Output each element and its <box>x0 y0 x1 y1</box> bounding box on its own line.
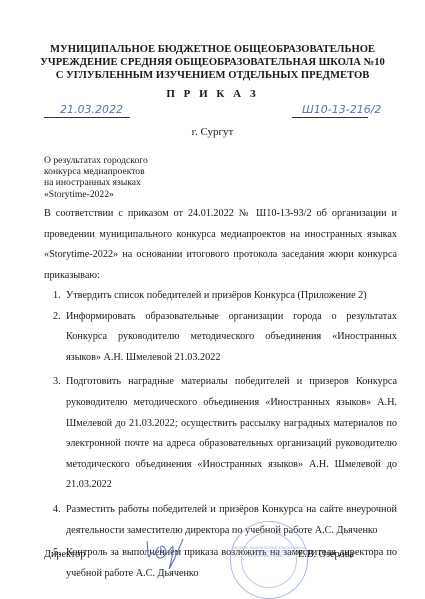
subject-line: О результатах городского <box>44 155 148 166</box>
subject-line: конкурса медиапроектов <box>44 166 148 177</box>
org-header-line-2: УЧРЕЖДЕНИЕ СРЕДНЯЯ ОБЩЕОБРАЗОВАТЕЛЬНАЯ Ш… <box>0 57 425 70</box>
document-title: П Р И К А З <box>0 88 425 100</box>
list-item: 4. Разместить работы победителей и призё… <box>44 500 397 541</box>
number-underline <box>292 117 368 118</box>
subject-line: на иностранных языках <box>44 177 148 188</box>
item-number: 2. <box>53 307 61 328</box>
item-text: Утвердить список победителей и призёров … <box>66 290 367 301</box>
handwritten-order-number: Ш10-13-216/2 <box>302 103 381 116</box>
city: г. Сургут <box>0 126 425 138</box>
order-subject: О результатах городского конкурса медиап… <box>44 155 148 200</box>
stamp-text: СРЕДНЯЯ ОБЩЕОБРАЗОВАТЕЛЬНАЯ ШКОЛА №10 С … <box>231 546 307 558</box>
subject-line: «Storytime-2022» <box>44 189 148 200</box>
item-number: 3. <box>53 372 61 393</box>
item-number: 1. <box>53 286 61 307</box>
item-text: Подготовить наградные материалы победите… <box>66 376 397 490</box>
list-item: 3. Подготовить наградные материалы побед… <box>44 372 397 496</box>
date-underline <box>44 117 130 118</box>
preamble-paragraph: В соответствии с приказом от 24.01.2022 … <box>44 204 397 286</box>
handwritten-signature <box>143 533 191 571</box>
org-header-line-3: С УГЛУБЛЕННЫМ ИЗУЧЕНИЕМ ОТДЕЛЬНЫХ ПРЕДМЕ… <box>0 70 425 83</box>
official-stamp: СРЕДНЯЯ ОБЩЕОБРАЗОВАТЕЛЬНАЯ ШКОЛА №10 С … <box>230 521 308 599</box>
item-text: Разместить работы победителей и призёров… <box>66 504 397 536</box>
handwritten-date: 21.03.2022 <box>60 103 123 116</box>
org-header-line-1: МУНИЦИПАЛЬНОЕ БЮДЖЕТНОЕ ОБЩЕОБРАЗОВАТЕЛЬ… <box>0 44 425 57</box>
document-page: МУНИЦИПАЛЬНОЕ БЮДЖЕТНОЕ ОБЩЕОБРАЗОВАТЕЛЬ… <box>0 0 425 599</box>
order-items-list: 1. Утвердить список победителей и призёр… <box>44 286 397 584</box>
list-item: 1. Утвердить список победителей и призёр… <box>44 286 397 307</box>
stamp-inner-ring <box>241 532 297 588</box>
signature-position: Директор <box>44 549 85 560</box>
list-item: 2. Информировать образовательные организ… <box>44 307 397 369</box>
signature-name: Е.В. Озерова <box>298 549 354 560</box>
item-text: Информировать образовательные организаци… <box>66 311 397 363</box>
item-number: 4. <box>53 500 61 521</box>
